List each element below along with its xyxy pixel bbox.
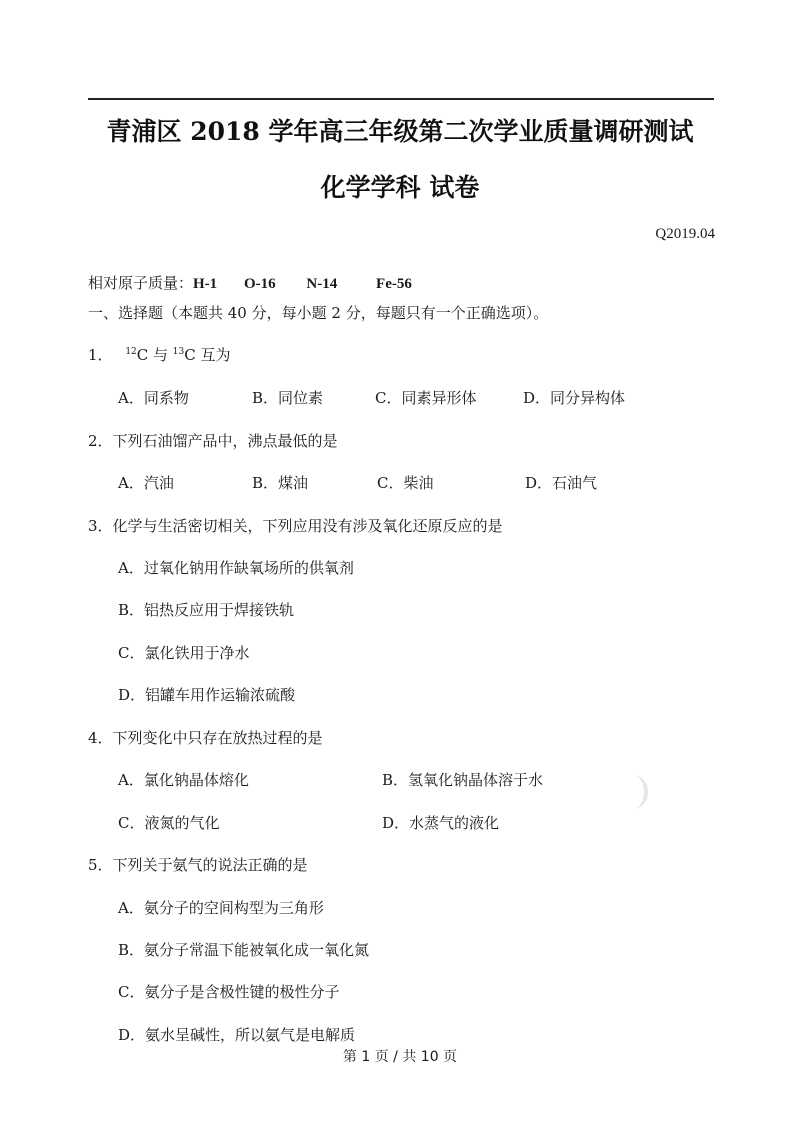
option-b: B．铝热反应用于焊接铁轨 (118, 599, 294, 620)
page-number: 第 1 页 / 共 10 页 (0, 1046, 800, 1066)
option-a: A．同系物 (118, 387, 189, 408)
option-a: A．汽油 (118, 472, 174, 493)
option-a: A．氨分子的空间构型为三角形 (118, 897, 324, 918)
question-stem: 下列关于氨气的说法正确的是 (113, 856, 308, 874)
option-d: D．水蒸气的液化 (382, 812, 499, 833)
option-b: B．煤油 (252, 472, 308, 493)
question-stem: 下列变化中只存在放热过程的是 (113, 729, 323, 747)
option-b: B．同位素 (252, 387, 323, 408)
option-c: C．氯化铁用于净水 (118, 642, 249, 663)
question-number: 5． (88, 856, 113, 874)
question-number: 2． (88, 432, 113, 450)
question-1: 1． 12C 与 13C 互为 (88, 344, 231, 365)
option-c: C．柴油 (377, 472, 433, 493)
scan-shadow-artifact (632, 775, 648, 809)
option-a: A．过氧化钠用作缺氧场所的供氧剂 (118, 557, 354, 578)
element-o: O-16 (244, 276, 276, 292)
option-d: D．同分异构体 (523, 387, 625, 408)
question-5: 5．下列关于氨气的说法正确的是 (88, 854, 308, 875)
question-3: 3．化学与生活密切相关，下列应用没有涉及氧化还原反应的是 (88, 515, 503, 536)
option-c: C．液氮的气化 (118, 812, 219, 833)
question-number: 1． (88, 346, 113, 364)
section-heading: 一、选择题（本题共 40 分，每小题 2 分，每题只有一个正确选项）。 (88, 302, 548, 323)
exam-subtitle: 化学学科 试卷 (0, 168, 800, 204)
option-b: B．氢氧化钠晶体溶于水 (382, 769, 543, 790)
option-d: D．氨水呈碱性，所以氨气是电解质 (118, 1024, 355, 1045)
question-number: 3． (88, 517, 113, 535)
option-c: C．氨分子是含极性键的极性分子 (118, 981, 339, 1002)
question-2: 2．下列石油馏产品中，沸点最低的是 (88, 430, 338, 451)
header-rule (88, 98, 714, 100)
atomic-mass-label: 相对原子质量： (88, 274, 193, 292)
option-a: A．氯化钠晶体熔化 (118, 769, 249, 790)
mass-number-13: 13 (173, 347, 184, 357)
question-stem-part: C 互为 (184, 346, 230, 364)
atomic-mass-line: 相对原子质量：H-1 O-16 N-14 Fe-56 (88, 272, 412, 293)
exam-code: Q2019.04 (655, 226, 715, 243)
option-b: B．氨分子常温下能被氧化成一氧化氮 (118, 939, 369, 960)
question-stem-part: C 与 (137, 346, 173, 364)
question-4: 4．下列变化中只存在放热过程的是 (88, 727, 323, 748)
mass-number-12: 12 (125, 347, 136, 357)
option-c: C．同素异形体 (375, 387, 476, 408)
question-number: 4． (88, 729, 113, 747)
option-d: D．石油气 (525, 472, 597, 493)
element-h: H-1 (193, 276, 217, 292)
element-fe: Fe-56 (376, 276, 412, 292)
question-stem: 下列石油馏产品中，沸点最低的是 (113, 432, 338, 450)
question-stem: 化学与生活密切相关，下列应用没有涉及氧化还原反应的是 (113, 517, 503, 535)
option-d: D．铝罐车用作运输浓硫酸 (118, 684, 295, 705)
element-n: N-14 (306, 276, 337, 292)
exam-title: 青浦区 2018 学年高三年级第二次学业质量调研测试 (0, 112, 800, 148)
